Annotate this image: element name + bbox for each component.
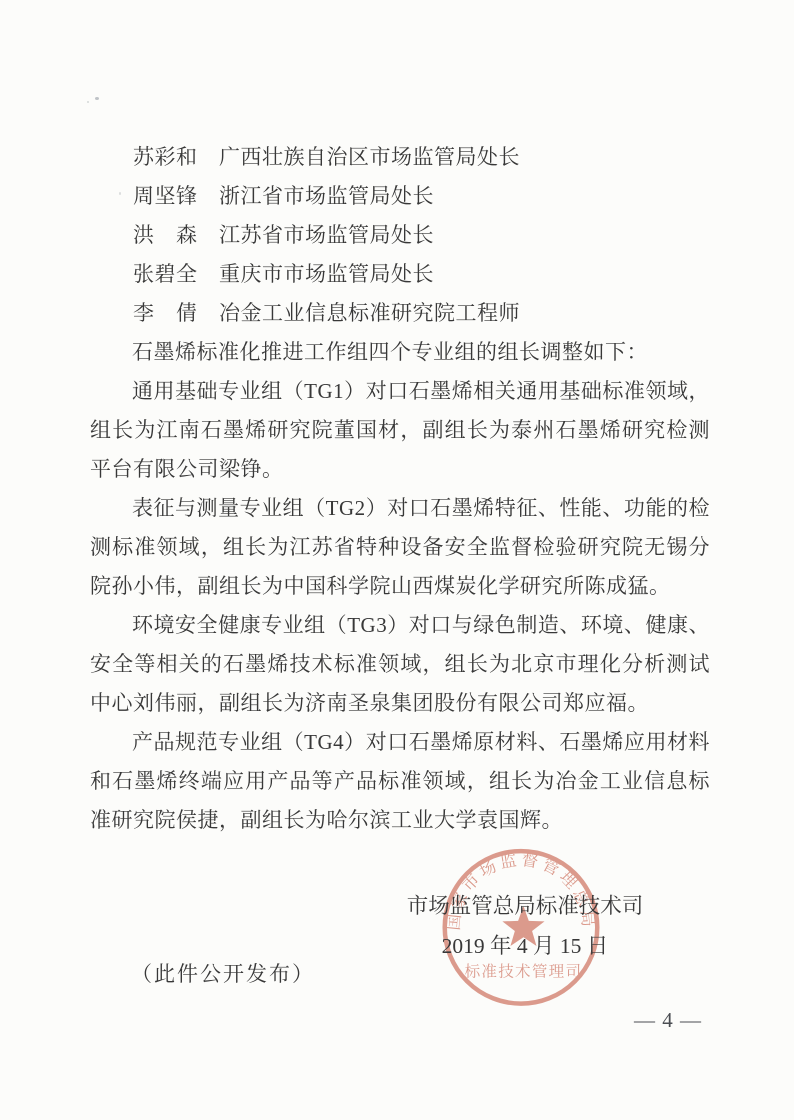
signature-block: 市场监管总局标准技术司 2019 年 4 月 15 日 (330, 886, 720, 966)
page-number: — 4 — (634, 1008, 702, 1033)
person-row: 苏彩和 广西壮族自治区市场监管局处长 (90, 138, 710, 177)
document-page: 苏彩和 广西壮族自治区市场监管局处长 周坚锋 浙江省市场监管局处长 洪 森 江苏… (0, 0, 794, 1120)
paragraph-tg2: 表征与测量专业组（TG2）对口石墨烯特征、性能、功能的检测标准领域，组长为江苏省… (90, 489, 710, 606)
person-title: 江苏省市场监管局处长 (219, 216, 434, 255)
paragraph-tg3: 环境安全健康专业组（TG3）对口与绿色制造、环境、健康、安全等相关的石墨烯技术标… (90, 606, 710, 723)
person-name: 张碧全 (133, 255, 199, 294)
person-name: 周坚锋 (133, 177, 199, 216)
person-title: 广西壮族自治区市场监管局处长 (219, 138, 520, 177)
person-row: 李 倩 冶金工业信息标准研究院工程师 (90, 294, 710, 333)
person-title: 浙江省市场监管局处长 (219, 177, 434, 216)
signature-date: 2019 年 4 月 15 日 (330, 926, 720, 966)
document-body: 苏彩和 广西壮族自治区市场监管局处长 周坚锋 浙江省市场监管局处长 洪 森 江苏… (90, 138, 710, 840)
person-name: 苏彩和 (133, 138, 199, 177)
person-row: 洪 森 江苏省市场监管局处长 (90, 216, 710, 255)
person-row: 张碧全 重庆市市场监管局处长 (90, 255, 710, 294)
name-list: 苏彩和 广西壮族自治区市场监管局处长 周坚锋 浙江省市场监管局处长 洪 森 江苏… (90, 138, 710, 333)
intro-line: 石墨烯标准化推进工作组四个专业组的组长调整如下： (90, 333, 710, 372)
paragraph-tg4: 产品规范专业组（TG4）对口石墨烯原材料、石墨烯应用材料和石墨烯终端应用产品等产… (90, 723, 710, 840)
paragraph-tg1: 通用基础专业组（TG1）对口石墨烯相关通用基础标准领域，组长为江南石墨烯研究院董… (90, 372, 710, 489)
person-row: 周坚锋 浙江省市场监管局处长 (90, 177, 710, 216)
signature-org: 市场监管总局标准技术司 (330, 886, 720, 926)
scan-speckle (87, 101, 89, 103)
scan-speckle (95, 97, 99, 100)
release-note: （此件公开发布） (131, 958, 315, 988)
person-name: 李 倩 (133, 294, 199, 333)
person-title: 冶金工业信息标准研究院工程师 (219, 294, 520, 333)
person-title: 重庆市市场监管局处长 (219, 255, 434, 294)
person-name: 洪 森 (133, 216, 199, 255)
